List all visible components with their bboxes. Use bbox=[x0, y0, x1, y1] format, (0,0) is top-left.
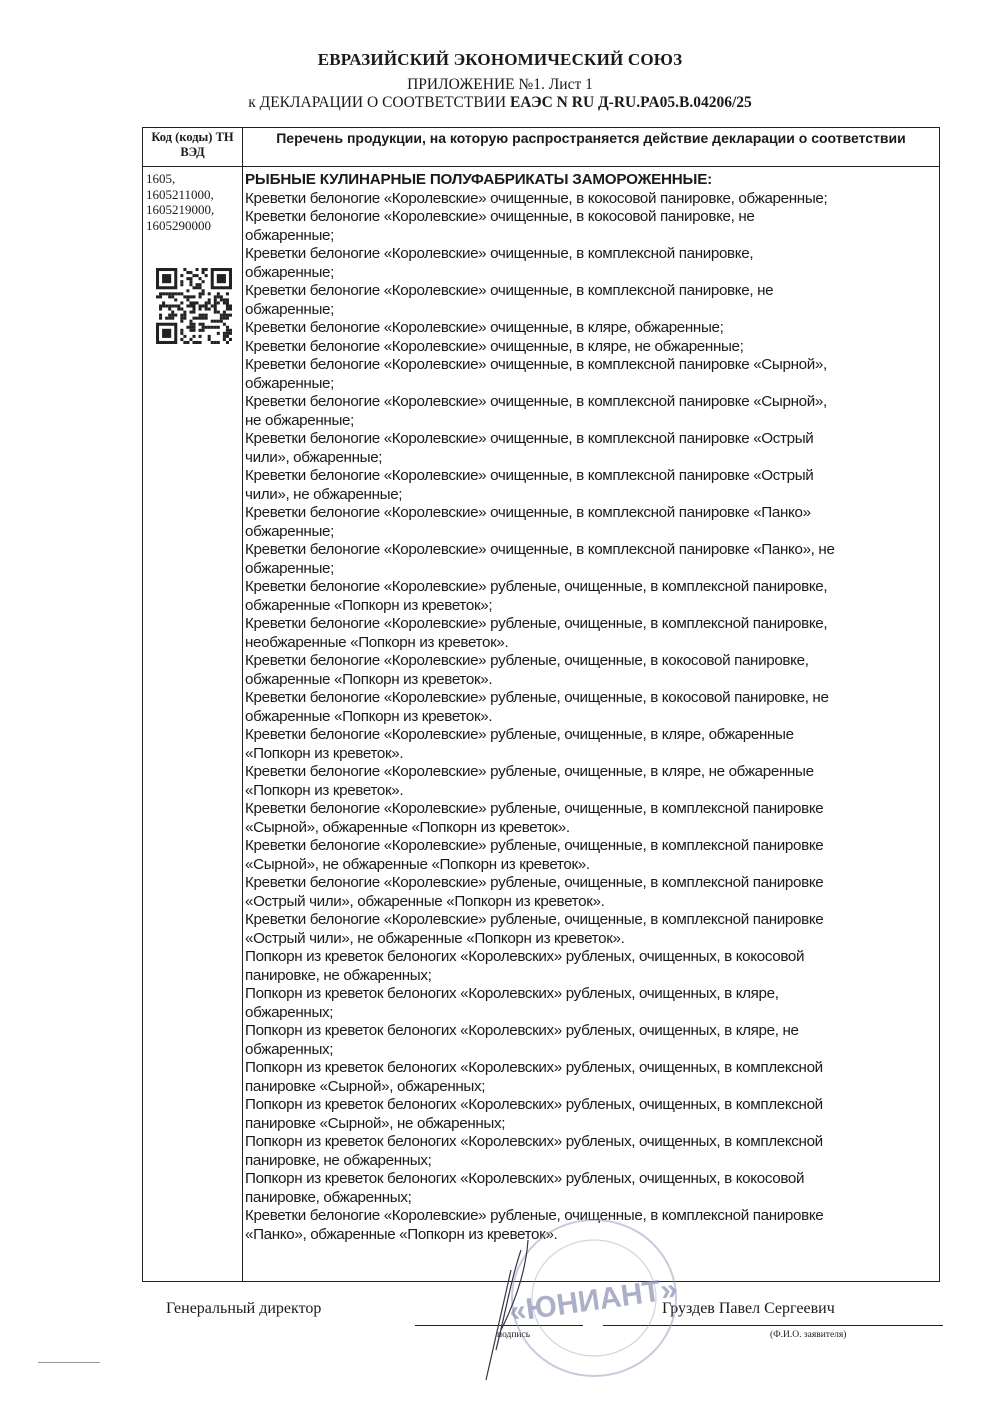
header-divider bbox=[143, 166, 939, 167]
product-item-line: обжаренные; bbox=[245, 375, 939, 394]
product-item-line: «Сырной», не обжаренные «Попкорн из крев… bbox=[245, 856, 939, 875]
product-item: Попкорн из креветок белоногих «Королевск… bbox=[245, 1133, 939, 1170]
product-item-line: Креветки белоногие «Королевские» рублены… bbox=[245, 837, 939, 856]
tn-ved-code: 1605290000 bbox=[146, 218, 214, 234]
product-item-line: «Острый чили», не обжаренные «Попкорн из… bbox=[245, 930, 939, 949]
product-item: Креветки белоногие «Королевские» очищенн… bbox=[245, 245, 939, 282]
product-item-line: Креветки белоногие «Королевские» очищенн… bbox=[245, 208, 939, 227]
product-item-line: Креветки белоногие «Королевские» очищенн… bbox=[245, 190, 939, 209]
union-title: ЕВРАЗИЙСКИЙ ЭКОНОМИЧЕСКИЙ СОЮЗ bbox=[0, 50, 1000, 70]
product-list: РЫБНЫЕ КУЛИНАРНЫЕ ПОЛУФАБРИКАТЫ ЗАМОРОЖЕ… bbox=[245, 171, 939, 1244]
product-item-line: Креветки белоногие «Королевские» очищенн… bbox=[245, 338, 939, 357]
product-item-line: Креветки белоногие «Королевские» очищенн… bbox=[245, 319, 939, 338]
product-item: Креветки белоногие «Королевские» рублены… bbox=[245, 837, 939, 874]
product-item: Попкорн из креветок белоногих «Королевск… bbox=[245, 1022, 939, 1059]
product-item: Креветки белоногие «Королевские» очищенн… bbox=[245, 338, 939, 357]
product-item-line: «Острый чили», обжаренные «Попкорн из кр… bbox=[245, 893, 939, 912]
product-item-line: обжаренные; bbox=[245, 523, 939, 542]
product-item-line: Креветки белоногие «Королевские» очищенн… bbox=[245, 393, 939, 412]
product-item: Креветки белоногие «Королевские» очищенн… bbox=[245, 319, 939, 338]
product-item: Креветки белоногие «Королевские» очищенн… bbox=[245, 356, 939, 393]
declaration-number: ЕАЭС N RU Д-RU.PA05.B.04206/25 bbox=[510, 94, 752, 111]
product-item-line: панировке, обжаренных; bbox=[245, 1189, 939, 1208]
product-item-line: Попкорн из креветок белоногих «Королевск… bbox=[245, 1170, 939, 1189]
product-item-line: обжаренные «Попкорн из креветок». bbox=[245, 708, 939, 727]
appendix-title: ПРИЛОЖЕНИЕ №1. Лист 1 bbox=[0, 76, 1000, 94]
product-item-line: Креветки белоногие «Королевские» очищенн… bbox=[245, 541, 939, 560]
scan-mark bbox=[38, 1362, 100, 1363]
product-item-line: Креветки белоногие «Королевские» рублены… bbox=[245, 689, 939, 708]
product-item: Креветки белоногие «Королевские» очищенн… bbox=[245, 282, 939, 319]
product-item: Креветки белоногие «Королевские» рублены… bbox=[245, 874, 939, 911]
tn-ved-code: 1605219000, bbox=[146, 202, 214, 218]
product-item: Креветки белоногие «Королевские» рублены… bbox=[245, 578, 939, 615]
product-item-line: «Попкорн из креветок». bbox=[245, 782, 939, 801]
product-item-line: панировке, не обжаренных; bbox=[245, 1152, 939, 1171]
code-column-header: Код (коды) ТН ВЭД bbox=[143, 130, 242, 160]
product-item-line: чили», не обжаренные; bbox=[245, 486, 939, 505]
product-item-line: панировке, не обжаренных; bbox=[245, 967, 939, 986]
product-item: Попкорн из креветок белоногих «Королевск… bbox=[245, 985, 939, 1022]
product-item-line: Попкорн из креветок белоногих «Королевск… bbox=[245, 1022, 939, 1041]
product-item: Креветки белоногие «Королевские» очищенн… bbox=[245, 393, 939, 430]
product-item: Креветки белоногие «Королевские» очищенн… bbox=[245, 430, 939, 467]
product-item: Креветки белоногие «Королевские» очищенн… bbox=[245, 504, 939, 541]
product-item: Креветки белоногие «Королевские» рублены… bbox=[245, 652, 939, 689]
product-item: Попкорн из креветок белоногих «Королевск… bbox=[245, 948, 939, 985]
product-item-line: обжаренных; bbox=[245, 1041, 939, 1060]
product-item: Креветки белоногие «Королевские» рублены… bbox=[245, 763, 939, 800]
name-caption: (Ф.И.О. заявителя) bbox=[770, 1330, 846, 1340]
product-item: Креветки белоногие «Королевские» рублены… bbox=[245, 800, 939, 837]
product-item: Креветки белоногие «Королевские» очищенн… bbox=[245, 467, 939, 504]
product-item-line: Попкорн из креветок белоногих «Королевск… bbox=[245, 1059, 939, 1078]
category-title: РЫБНЫЕ КУЛИНАРНЫЕ ПОЛУФАБРИКАТЫ ЗАМОРОЖЕ… bbox=[245, 171, 939, 190]
product-item-line: Попкорн из креветок белоногих «Королевск… bbox=[245, 1133, 939, 1152]
tn-ved-code: 1605, bbox=[146, 171, 214, 187]
product-item-line: обжаренные «Попкорн из креветок»; bbox=[245, 597, 939, 616]
products-column-header: Перечень продукции, на которую распростр… bbox=[243, 130, 939, 147]
stamp-text: «ЮНИАНТ» bbox=[507, 1272, 679, 1328]
product-item: Креветки белоногие «Королевские» рублены… bbox=[245, 911, 939, 948]
product-item: Попкорн из креветок белоногих «Королевск… bbox=[245, 1059, 939, 1096]
product-item: Попкорн из креветок белоногих «Королевск… bbox=[245, 1096, 939, 1133]
tn-ved-code: 1605211000, bbox=[146, 187, 214, 203]
qr-code-icon bbox=[156, 268, 232, 344]
product-item-line: Креветки белоногие «Королевские» рублены… bbox=[245, 652, 939, 671]
product-item-line: «Сырной», обжаренные «Попкорн из кревето… bbox=[245, 819, 939, 838]
product-item-line: чили», обжаренные; bbox=[245, 449, 939, 468]
product-item-line: Попкорн из креветок белоногих «Королевск… bbox=[245, 985, 939, 1004]
product-item-line: обжаренные «Попкорн из креветок». bbox=[245, 671, 939, 690]
column-divider bbox=[242, 128, 243, 1281]
product-item: Креветки белоногие «Королевские» рублены… bbox=[245, 689, 939, 726]
product-item-line: Креветки белоногие «Королевские» очищенн… bbox=[245, 356, 939, 375]
product-item-line: Креветки белоногие «Королевские» рублены… bbox=[245, 726, 939, 745]
product-item: Попкорн из креветок белоногих «Королевск… bbox=[245, 1170, 939, 1207]
product-item-line: Креветки белоногие «Королевские» рублены… bbox=[245, 578, 939, 597]
product-item-line: Креветки белоногие «Королевские» очищенн… bbox=[245, 282, 939, 301]
product-item-line: обжаренных; bbox=[245, 1004, 939, 1023]
tn-ved-codes: 1605,1605211000,1605219000,1605290000 bbox=[146, 171, 214, 233]
product-item-line: Креветки белоногие «Королевские» очищенн… bbox=[245, 504, 939, 523]
product-item: Креветки белоногие «Королевские» очищенн… bbox=[245, 541, 939, 578]
product-item-line: Креветки белоногие «Королевские» рублены… bbox=[245, 615, 939, 634]
product-item-line: панировке «Сырной», обжаренных; bbox=[245, 1078, 939, 1097]
product-item: Креветки белоногие «Королевские» рублены… bbox=[245, 615, 939, 652]
declaration-line: к ДЕКЛАРАЦИИ О СООТВЕТСТВИИ ЕАЭС N RU Д-… bbox=[0, 94, 1000, 112]
signer-role: Генеральный директор bbox=[166, 1300, 321, 1318]
product-item-line: обжаренные; bbox=[245, 301, 939, 320]
product-item-line: Креветки белоногие «Королевские» рублены… bbox=[245, 874, 939, 893]
product-item: Креветки белоногие «Королевские» рублены… bbox=[245, 726, 939, 763]
products-table: Код (коды) ТН ВЭД Перечень продукции, на… bbox=[142, 127, 940, 1282]
product-item-line: обжаренные; bbox=[245, 560, 939, 579]
product-item-line: Креветки белоногие «Королевские» очищенн… bbox=[245, 467, 939, 486]
product-item-line: Креветки белоногие «Королевские» очищенн… bbox=[245, 430, 939, 449]
product-item: Креветки белоногие «Королевские» очищенн… bbox=[245, 190, 939, 209]
declaration-prefix: к ДЕКЛАРАЦИИ О СООТВЕТСТВИИ bbox=[248, 94, 510, 111]
product-item-line: Креветки белоногие «Королевские» рублены… bbox=[245, 911, 939, 930]
product-item-line: «Попкорн из креветок». bbox=[245, 745, 939, 764]
product-item-line: Попкорн из креветок белоногих «Королевск… bbox=[245, 948, 939, 967]
product-item-line: не обжаренные; bbox=[245, 412, 939, 431]
company-stamp: «ЮНИАНТ» bbox=[466, 1210, 696, 1385]
product-item-line: Попкорн из креветок белоногих «Королевск… bbox=[245, 1096, 939, 1115]
product-item-line: необжаренные «Попкорн из креветок». bbox=[245, 634, 939, 653]
product-item-line: Креветки белоногие «Королевские» рублены… bbox=[245, 800, 939, 819]
product-item-line: обжаренные; bbox=[245, 227, 939, 246]
product-item: Креветки белоногие «Королевские» очищенн… bbox=[245, 208, 939, 245]
product-item-line: Креветки белоногие «Королевские» очищенн… bbox=[245, 245, 939, 264]
product-item-line: Креветки белоногие «Королевские» рублены… bbox=[245, 763, 939, 782]
product-item-line: панировке «Сырной», не обжаренных; bbox=[245, 1115, 939, 1134]
product-item-line: обжаренные; bbox=[245, 264, 939, 283]
